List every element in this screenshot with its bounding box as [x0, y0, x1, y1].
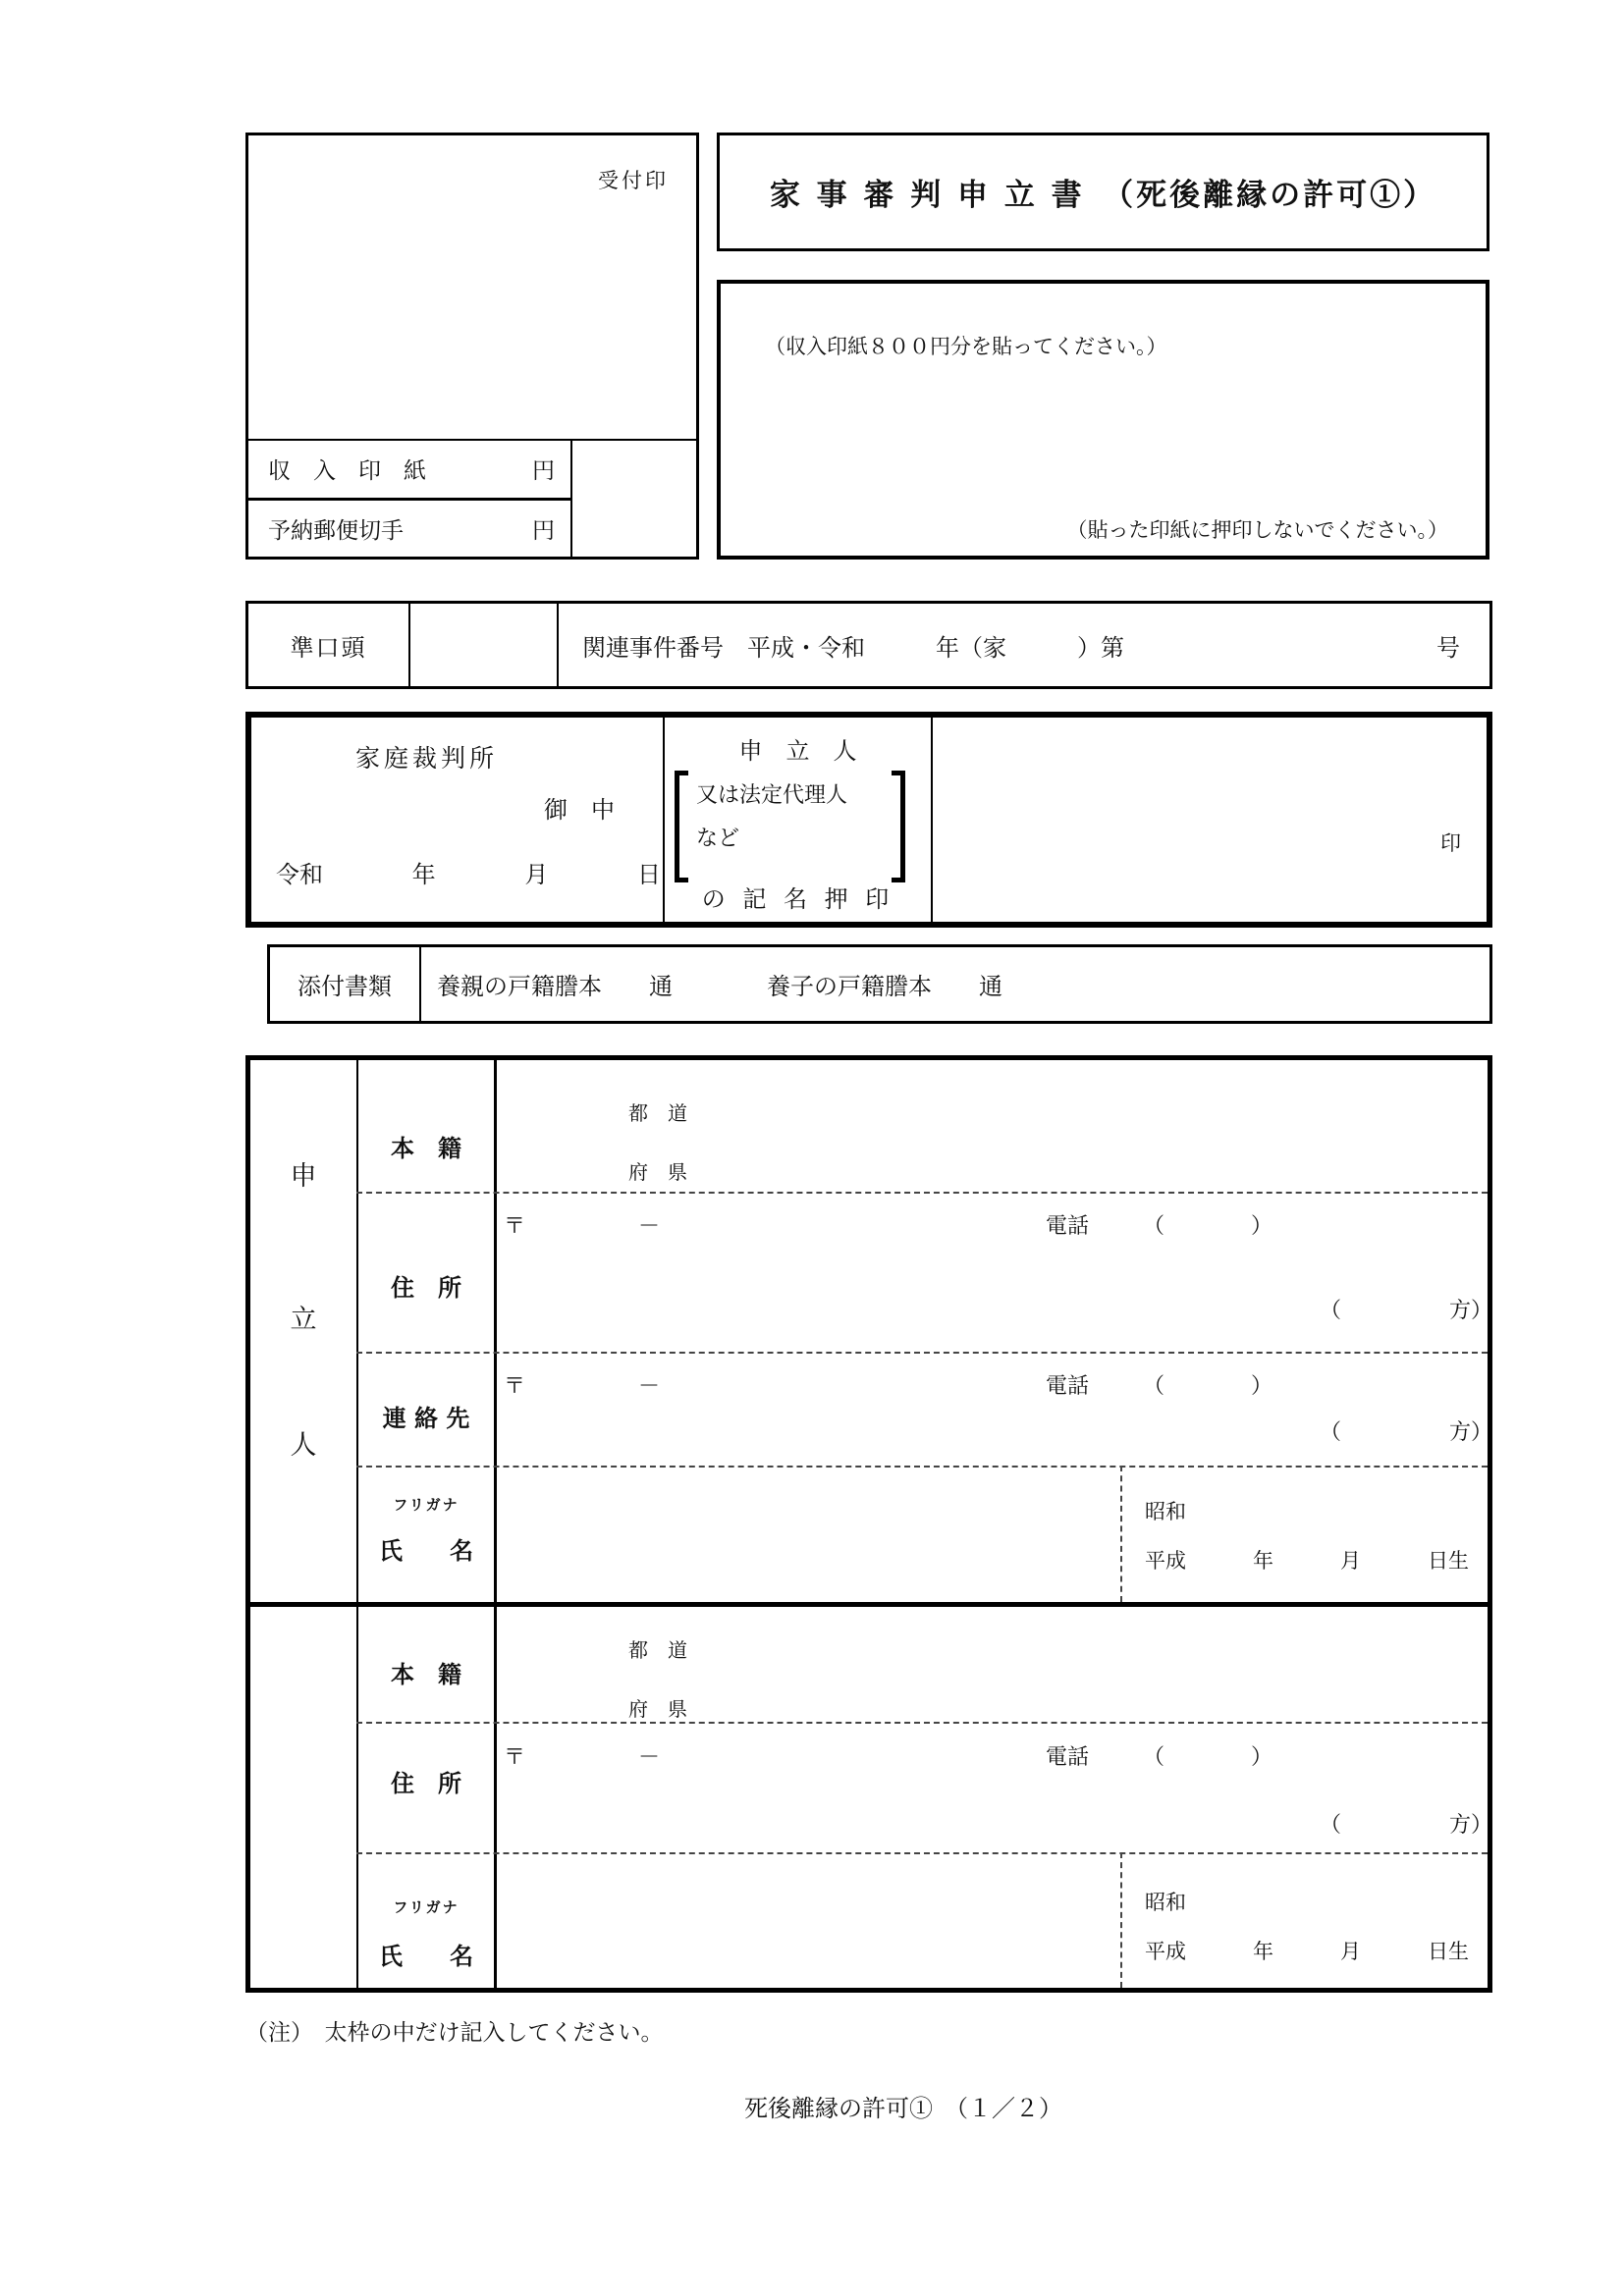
attachments-label: 添付書類 [270, 947, 421, 1021]
petitioner-label: 申 立 人 [665, 731, 931, 766]
postal-mark: 〒 [504, 1369, 525, 1400]
row-divider [356, 1352, 1488, 1354]
pref-todo-label: 都 道 [628, 1097, 687, 1126]
signature-instruction: の 記 名 押 印 [665, 880, 931, 914]
row-label-honseki-2: 本 籍 [358, 1655, 494, 1689]
form-title: 家 事 審 判 申 立 書 （死後離縁の許可①） [770, 170, 1436, 214]
row-label-honseki-1: 本 籍 [358, 1129, 494, 1163]
section-divider [250, 1602, 1488, 1607]
name-birthdate-divider [1120, 1466, 1122, 1602]
name-birthdate-divider [1120, 1852, 1122, 1988]
fee-rows: 収 入 印 紙 円 予納郵便切手 円 [248, 441, 572, 557]
row-divider [356, 1466, 1488, 1468]
postal-dash: － [638, 1209, 660, 1240]
birth-year: 年 [1253, 1545, 1273, 1575]
era-showa: 昭和 [1145, 1496, 1186, 1525]
case-number-suffix: 号 [1436, 628, 1489, 663]
stamp-instruction-top: （収入印紙８００円分を貼ってください。） [765, 331, 1167, 360]
fee-unit: 円 [532, 453, 555, 485]
legal-representative-bracket: 又は法定代理人 など [675, 771, 905, 882]
row-label-shimei-1: 氏 名 [358, 1531, 494, 1566]
pref-fuken-label: 府 県 [628, 1693, 687, 1722]
pref-todo-label: 都 道 [628, 1634, 687, 1663]
attachments-content: 養親の戸籍謄本 通 養子の戸籍謄本 通 [421, 967, 1002, 1001]
date-day: 日 [637, 855, 661, 889]
era-heisei: 平成 [1145, 1936, 1186, 1965]
care-of-line: （ 方） [1320, 1294, 1492, 1324]
telephone-line: 電話 （ ） [1046, 1209, 1272, 1240]
attachments-content-cell: 養親の戸籍謄本 通 養子の戸籍謄本 通 [421, 947, 1489, 1021]
bracket-note-line1: 又は法定代理人 [696, 778, 847, 809]
applicant-header-char: 人 [250, 1423, 356, 1462]
row-divider [356, 1852, 1488, 1854]
pref-fuken-label: 府 県 [628, 1156, 687, 1185]
row-divider [356, 1192, 1488, 1194]
fee-row-prepaid-postage: 予納郵便切手 円 [248, 501, 570, 558]
row-label-furigana-2: フリガナ [358, 1896, 494, 1917]
signature-area-cell: 印 [933, 718, 1487, 922]
date-month: 月 [524, 855, 548, 889]
birth-month: 月 [1340, 1936, 1361, 1965]
postal-mark: 〒 [504, 1209, 525, 1240]
case-number-row: 準口頭 関連事件番号 平成・令和 年（家 ）第 号 [245, 601, 1492, 689]
seal-mark: 印 [1440, 828, 1461, 857]
birth-month: 月 [1340, 1545, 1361, 1575]
fee-label: 予納郵便切手 [268, 512, 404, 545]
court-signature-box: 家庭裁判所 御 中 令和 年 月 日 申 立 人 又は法定代理人 など の 記 … [245, 712, 1492, 928]
attachments-row: 添付書類 養親の戸籍謄本 通 養子の戸籍謄本 通 [267, 944, 1492, 1024]
birthdate-line: 平成 年 月 日生 [1145, 1936, 1469, 1965]
note-text: （注） 太枠の中だけ記入してください。 [245, 2014, 664, 2047]
form-page: 受付印 収 入 印 紙 円 予納郵便切手 円 家 事 審 判 申 立 書 （死後… [0, 0, 1624, 2296]
row-label-shimei-2: 氏 名 [358, 1937, 494, 1971]
receipt-stamp-box: 受付印 収 入 印 紙 円 予納郵便切手 円 [245, 133, 699, 560]
related-case-cell: 関連事件番号 平成・令和 年（家 ）第 号 [559, 604, 1489, 686]
birthdate-line: 平成 年 月 日生 [1145, 1545, 1469, 1575]
applicant-header-char: 申 [250, 1154, 356, 1193]
bracket-left-icon [675, 771, 688, 882]
care-of-line: （ 方） [1320, 1415, 1492, 1446]
row-label-renrakusaki: 連 絡 先 [358, 1399, 494, 1433]
signer-cell: 申 立 人 又は法定代理人 など の 記 名 押 印 [663, 718, 933, 922]
case-empty-cell [410, 604, 559, 686]
telephone-line: 電話 （ ） [1046, 1740, 1272, 1771]
date-year: 年 [412, 855, 436, 889]
row-divider [356, 1722, 1488, 1724]
bracket-right-icon [892, 771, 905, 882]
case-label-junkoto: 準口頭 [248, 604, 410, 686]
page-footer: 死後離縁の許可① （１／２） [280, 2089, 1527, 2123]
related-case-text: 関連事件番号 平成・令和 年（家 ）第 [559, 628, 1124, 663]
care-of-line: （ 方） [1320, 1808, 1492, 1839]
stamp-instruction-bottom: （貼った印紙に押印しないでください。） [1067, 514, 1449, 544]
column-divider-applicant [356, 1060, 358, 1988]
column-divider-labels [494, 1060, 497, 1988]
court-honorific: 御 中 [544, 790, 615, 825]
court-name-suffix: 家庭裁判所 [355, 739, 498, 774]
postal-dash: － [638, 1740, 660, 1771]
date-era: 令和 [276, 855, 323, 889]
receipt-stamp-label: 受付印 [598, 165, 669, 194]
birth-day: 日生 [1428, 1936, 1469, 1965]
fee-label: 収 入 印 紙 [268, 453, 426, 485]
fee-row-revenue-stamp: 収 入 印 紙 円 [248, 441, 570, 501]
court-date-cell: 家庭裁判所 御 中 令和 年 月 日 [251, 718, 663, 922]
title-box: 家 事 審 判 申 立 書 （死後離縁の許可①） [717, 133, 1489, 251]
row-label-furigana-1: フリガナ [358, 1494, 494, 1515]
bracket-note-line2: など [696, 822, 739, 852]
telephone-line: 電話 （ ） [1046, 1369, 1272, 1400]
row-label-jusho-1: 住 所 [358, 1268, 494, 1303]
row-label-jusho-2: 住 所 [358, 1764, 494, 1798]
fee-empty-cell [572, 441, 696, 557]
birth-year: 年 [1253, 1936, 1273, 1965]
era-showa: 昭和 [1145, 1887, 1186, 1916]
fee-table: 収 入 印 紙 円 予納郵便切手 円 [248, 439, 696, 557]
applicant-header-char: 立 [250, 1298, 356, 1336]
postal-mark: 〒 [504, 1740, 525, 1771]
birth-day: 日生 [1428, 1545, 1469, 1575]
era-heisei: 平成 [1145, 1545, 1186, 1575]
applicant-table: 申 立 人 本 籍 住 所 連 絡 先 フリガナ 氏 名 都 道 府 県 〒 －… [245, 1055, 1492, 1993]
revenue-stamp-box: （収入印紙８００円分を貼ってください。） （貼った印紙に押印しないでください。） [717, 280, 1489, 560]
postal-dash: － [638, 1369, 660, 1400]
fee-unit: 円 [532, 512, 555, 545]
date-line: 令和 年 月 日 [276, 855, 661, 889]
